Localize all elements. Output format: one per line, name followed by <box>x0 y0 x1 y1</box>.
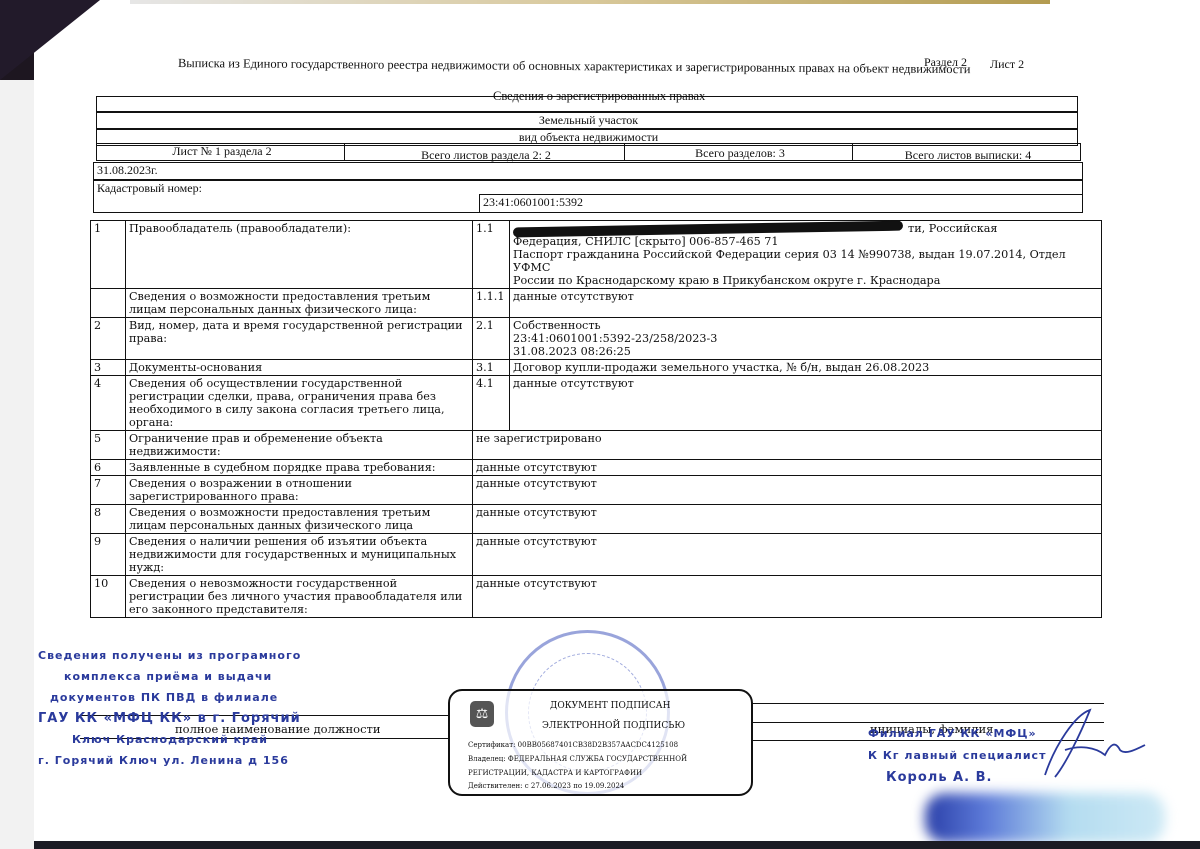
table-row: 4 Сведения об осуществлении государствен… <box>91 376 1102 431</box>
table-row: 6 Заявленные в судебном порядке права тр… <box>91 460 1102 476</box>
redaction-mark <box>513 221 903 238</box>
mfc-stamp-left: Сведения получены из програмного комплек… <box>38 645 338 771</box>
table-row: 3 Документы-основания 3.1 Договор купли-… <box>91 360 1102 376</box>
row-label: Сведения о возможности предоставления тр… <box>126 505 473 534</box>
right-holder-snils: Федерация, СНИЛС [скрыто] 006-857-465 71 <box>513 235 1098 248</box>
row-value: данные отсутствуют <box>473 505 1102 534</box>
header-row-empty <box>96 96 1078 112</box>
cadastral-number: 23:41:0601001:5392 <box>479 194 1082 212</box>
cadastral-row: Кадастровый номер: 23:41:0601001:5392 <box>93 180 1083 213</box>
row-number: 3 <box>91 360 126 376</box>
document-title: Выписка из Единого государственного реес… <box>178 56 971 77</box>
sheet-info-row: Лист № 1 раздела 2 Всего листов раздела … <box>96 143 1081 161</box>
mfc-stamp-right: Филиал ГАУ КК «МФЦ» К Кг лавный специали… <box>868 723 1046 789</box>
row-label: Документы-основания <box>126 360 473 376</box>
row-number: 1 <box>91 221 126 289</box>
row-number: 9 <box>91 534 126 576</box>
row-label: Правообладатель (правообладатели): <box>126 221 473 289</box>
row-number: 5 <box>91 431 126 460</box>
row-value: не зарегистрировано <box>473 431 1102 460</box>
esig-owner: Владелец: ФЕДЕРАЛЬНАЯ СЛУЖБА ГОСУДАРСТВЕ… <box>468 755 687 763</box>
table-row: 5 Ограничение прав и обременение объекта… <box>91 431 1102 460</box>
row-label: Сведения о возражении в отношении зареги… <box>126 476 473 505</box>
stamp-line: Филиал ГАУ КК «МФЦ» <box>868 723 1046 745</box>
row-value: данные отсутствуют <box>473 576 1102 618</box>
row-label: Ограничение прав и обременение объекта н… <box>126 431 473 460</box>
row-sub-number: 1.1.1 <box>473 289 510 318</box>
row-label: Сведения о возможности предоставления тр… <box>126 289 473 318</box>
rights-table: 1 Правообладатель (правообладатели): 1.1… <box>90 220 1102 618</box>
row-number: 8 <box>91 505 126 534</box>
row-label: Сведения о наличии решения об изъятии об… <box>126 534 473 576</box>
row-number: 10 <box>91 576 126 618</box>
stamp-line: комплекса приёма и выдачи <box>38 666 338 687</box>
row-value: данные отсутствуют <box>473 460 1102 476</box>
esig-owner-2: РЕГИСТРАЦИИ, КАДАСТРА И КАРТОГРАФИИ <box>468 769 642 777</box>
row-sub-number: 1.1 <box>473 221 510 289</box>
sheet-label: Лист 2 <box>990 57 1024 72</box>
table-row: Сведения о возможности предоставления тр… <box>91 289 1102 318</box>
table-row: 2 Вид, номер, дата и время государственн… <box>91 318 1102 360</box>
stamp-line: Ключ Краснодарский край <box>38 729 338 750</box>
object-type-value: Земельный участок <box>97 113 1077 128</box>
esig-certificate: Сертификат: 00BB05687401CB38D2B357AACDC4… <box>468 741 678 749</box>
row-number: 4 <box>91 376 126 431</box>
right-holder-country: ти, Российская <box>908 222 997 235</box>
registration-datetime: 31.08.2023 08:26:25 <box>513 345 1098 358</box>
stamp-line: Король А. В. <box>868 767 1046 789</box>
row-value: данные отсутствуют <box>473 476 1102 505</box>
row-label: Сведения о невозможности государственной… <box>126 576 473 618</box>
total-sections: Всего разделов: 3 <box>625 144 853 160</box>
total-sheets-section: Всего листов раздела 2: 2 <box>345 144 625 160</box>
coat-of-arms-icon: ⚖ <box>470 701 494 727</box>
handwritten-signature <box>1035 705 1150 785</box>
table-row: 10 Сведения о невозможности государствен… <box>91 576 1102 618</box>
esig-title: ДОКУМЕНТ ПОДПИСАН <box>550 701 670 711</box>
stamp-line: К Кг лавный специалист <box>868 745 1046 767</box>
stamp-line: ГАУ КК «МФЦ КК» в г. Горячий <box>38 708 338 729</box>
table-row: 7 Сведения о возражении в отношении заре… <box>91 476 1102 505</box>
document-page: Раздел 2 Лист 2 Выписка из Единого госуд… <box>0 0 1200 849</box>
registration-number: 23:41:0601001:5392-23/258/2023-3 <box>513 332 1098 345</box>
esig-validity: Действителен: с 27.06.2023 по 19.09.2024 <box>468 782 624 790</box>
background-bottom <box>34 841 1200 849</box>
row-label: Заявленные в судебном порядке права треб… <box>126 460 473 476</box>
date-row: 31.08.2023г. <box>93 162 1083 180</box>
row-value: данные отсутствуют <box>510 376 1102 431</box>
stamp-line: г. Горячий Ключ ул. Ленина д 156 <box>38 750 338 771</box>
stamp-line: Сведения получены из програмного <box>38 645 338 666</box>
row-number: 2 <box>91 318 126 360</box>
row-number: 7 <box>91 476 126 505</box>
right-holder-passport: Паспорт гражданина Российской Федерации … <box>513 248 1098 274</box>
right-holder-name-redacted: ти, Российская <box>513 222 1098 235</box>
registration-value: Собственность 23:41:0601001:5392-23/258/… <box>510 318 1102 360</box>
sheet-number: Лист № 1 раздела 2 <box>97 144 345 160</box>
row-sub-number: 4.1 <box>473 376 510 431</box>
extract-date: 31.08.2023г. <box>94 163 1082 179</box>
table-row: 8 Сведения о возможности предоставления … <box>91 505 1102 534</box>
row-number <box>91 289 126 318</box>
cadastral-label: Кадастровый номер: <box>94 181 479 195</box>
electronic-signature-box: ⚖ ДОКУМЕНТ ПОДПИСАН ЭЛЕКТРОННОЙ ПОДПИСЬЮ… <box>448 689 753 796</box>
object-type-row: Земельный участок <box>96 112 1078 129</box>
row-sub-number: 3.1 <box>473 360 510 376</box>
row-label: Вид, номер, дата и время государственной… <box>126 318 473 360</box>
row-number: 6 <box>91 460 126 476</box>
stamp-line: документов ПК ПВД в филиале <box>38 687 338 708</box>
row-value: данные отсутствуют <box>510 289 1102 318</box>
right-type: Собственность <box>513 319 1098 332</box>
esig-subtitle: ЭЛЕКТРОННОЙ ПОДПИСЬЮ <box>542 721 685 731</box>
table-row: 1 Правообладатель (правообладатели): 1.1… <box>91 221 1102 289</box>
row-label: Сведения об осуществлении государственно… <box>126 376 473 431</box>
row-value: данные отсутствуют <box>473 534 1102 576</box>
row-sub-number: 2.1 <box>473 318 510 360</box>
signature-line <box>752 703 1104 704</box>
right-holder-passport-issuer: России по Краснодарскому краю в Прикубан… <box>513 274 1098 287</box>
total-sheets: Всего листов выписки: 4 <box>853 144 1080 160</box>
row-value: Договор купли-продажи земельного участка… <box>510 360 1102 376</box>
table-row: 9 Сведения о наличии решения об изъятии … <box>91 534 1102 576</box>
right-holder-value: ти, Российская Федерация, СНИЛС [скрыто]… <box>510 221 1102 289</box>
finger-smudge <box>925 793 1165 843</box>
